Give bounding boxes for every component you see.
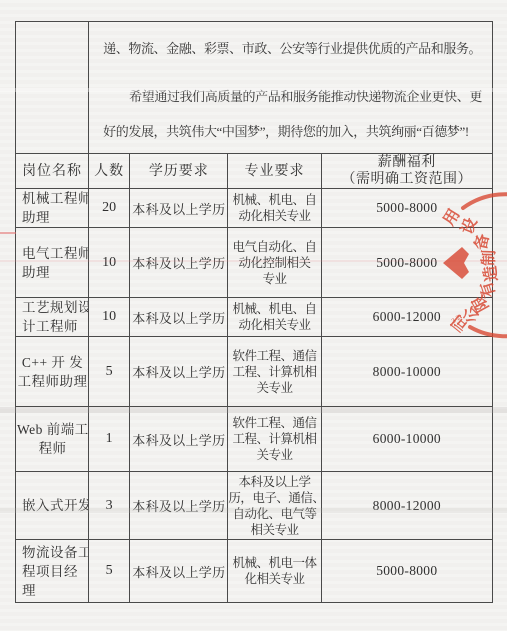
seal-char: 造 [481, 265, 501, 283]
salary-cell: 6000-10000 [321, 407, 492, 472]
education-cell: 本科及以上学历 [130, 298, 228, 337]
table-header-row: 岗位名称 人数 学历要求 专业要求 薪酬福利 （需明确工资范围） [16, 154, 493, 189]
salary-cell: 8000-10000 [321, 337, 492, 407]
major-cell: 软件工程、通信 工程、计算机相 关专业 [228, 337, 321, 407]
scanned-document-page: 递、物流、金融、彩票、市政、公安等行业提供优质的产品和服务。 希望通过我们高质量… [0, 0, 507, 631]
position-cell: 工艺规划设 计工程师 [16, 298, 89, 337]
count-cell: 3 [89, 472, 130, 540]
intro-cell: 递、物流、金融、彩票、市政、公安等行业提供优质的产品和服务。 希望通过我们高质量… [89, 22, 493, 154]
count-cell: 10 [89, 228, 130, 298]
salary-cell: 5000-8000 [321, 540, 492, 603]
position-cell: Web 前端工 程师 [16, 407, 89, 472]
major-cell: 机械、机电一体 化相关专业 [228, 540, 321, 603]
education-cell: 本科及以上学历 [130, 189, 228, 228]
intro-paragraph-2: 希望通过我们高质量的产品和服务能推动快递物流企业更快、更 好的发展，共筑伟大“中… [103, 79, 486, 149]
header-salary: 薪酬福利 （需明确工资范围） [321, 154, 492, 189]
education-cell: 本科及以上学历 [130, 540, 228, 603]
count-cell: 10 [89, 298, 130, 337]
education-cell: 本科及以上学历 [130, 337, 228, 407]
seal-star-tip [443, 247, 469, 279]
count-cell: 5 [89, 540, 130, 603]
major-cell: 电气自动化、自 动化控制相关 专业 [228, 228, 321, 298]
table-row: C++ 开 发 工程师助理5本科及以上学历软件工程、通信 工程、计算机相 关专业… [16, 337, 493, 407]
intro-line-1: 递、物流、金融、彩票、市政、公安等行业提供优质的产品和服务。 [103, 31, 486, 66]
empty-cell [16, 22, 89, 154]
education-cell: 本科及以上学历 [130, 407, 228, 472]
table-row: 嵌入式开发3本科及以上学历本科及以上学 历，电子、通信、 自动化、电气等 相关专… [16, 472, 493, 540]
table-row: 电气工程师 助理10本科及以上学历电气自动化、自 动化控制相关 专业5000-8… [16, 228, 493, 298]
intro-row: 递、物流、金融、彩票、市政、公安等行业提供优质的产品和服务。 希望通过我们高质量… [16, 22, 493, 154]
education-cell: 本科及以上学历 [130, 472, 228, 540]
major-cell: 本科及以上学 历，电子、通信、 自动化、电气等 相关专业 [228, 472, 321, 540]
header-education: 学历要求 [130, 154, 228, 189]
header-count: 人数 [89, 154, 130, 189]
job-table: 递、物流、金融、彩票、市政、公安等行业提供优质的产品和服务。 希望通过我们高质量… [15, 21, 493, 603]
company-seal-stamp: 用 设 备 制 造 有 限 公 司 3 2 [430, 190, 507, 343]
position-cell: 物流设备工 程项目经 理 [16, 540, 89, 603]
pink-scan-artifact-left [0, 232, 16, 234]
table-row: 物流设备工 程项目经 理5本科及以上学历机械、机电一体 化相关专业5000-80… [16, 540, 493, 603]
salary-cell: 8000-12000 [321, 472, 492, 540]
seal-char: 制 [480, 250, 499, 267]
position-cell: C++ 开 发 工程师助理 [16, 337, 89, 407]
count-cell: 20 [89, 189, 130, 228]
position-cell: 嵌入式开发 [16, 472, 89, 540]
count-cell: 5 [89, 337, 130, 407]
major-cell: 软件工程、通信 工程、计算机相 关专业 [228, 407, 321, 472]
header-position: 岗位名称 [16, 154, 89, 189]
count-cell: 1 [89, 407, 130, 472]
major-cell: 机械、机电、自 动化相关专业 [228, 298, 321, 337]
table-row: 机械工程师 助理20本科及以上学历机械、机电、自 动化相关专业5000-8000 [16, 189, 493, 228]
table-row: 工艺规划设 计工程师10本科及以上学历机械、机电、自 动化相关专业6000-12… [16, 298, 493, 337]
position-cell: 电气工程师 助理 [16, 228, 89, 298]
position-cell: 机械工程师 助理 [16, 189, 89, 228]
major-cell: 机械、机电、自 动化相关专业 [228, 189, 321, 228]
education-cell: 本科及以上学历 [130, 228, 228, 298]
header-major: 专业要求 [228, 154, 321, 189]
table-row: Web 前端工 程师1本科及以上学历软件工程、通信 工程、计算机相 关专业600… [16, 407, 493, 472]
